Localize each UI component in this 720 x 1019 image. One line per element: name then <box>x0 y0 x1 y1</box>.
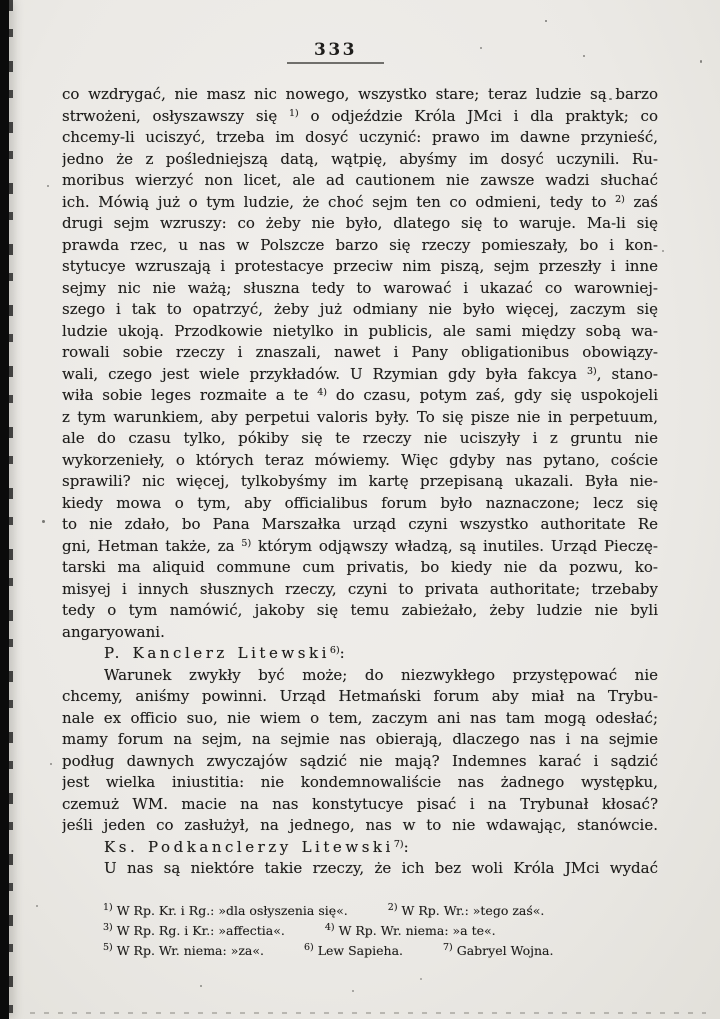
scan-bottom-edge <box>30 1012 706 1014</box>
scan-speck <box>583 55 585 57</box>
footnote-entry: 3) W Rp. Rg. i Kr.: »affectia«. <box>103 921 285 941</box>
paragraph-1-line-10: sejmy nic nie ważą; słuszna tedy to waro… <box>62 278 658 300</box>
paragraph-1-line-2: strwożeni, osłyszawszy się 1) o odjeździ… <box>62 106 658 128</box>
footnote-entry: 6) Lew Sapieha. <box>304 941 403 961</box>
paragraph-2-line-2: chcemy, aniśmy powinni. Urząd Hetmański … <box>62 686 658 708</box>
footnote-entry: 2) W Rp. Wr.: »tego zaś«. <box>388 901 545 921</box>
scan-speck <box>641 150 643 152</box>
scan-speck <box>50 763 52 765</box>
paragraph-1-line-24: misyej i innych słusznych rzeczy, czyni … <box>62 579 658 601</box>
paragraph-3-line-1: U nas są niektóre takie rzeczy, że ich b… <box>62 858 658 880</box>
text-flow: co wzdrygać, nie masz nic nowego, wszyst… <box>62 84 658 880</box>
paragraph-1-line-7: drugi sejm wzruszy: co żeby nie było, dl… <box>62 213 658 235</box>
paragraph-1-line-1: co wzdrygać, nie masz nic nowego, wszyst… <box>62 84 658 106</box>
paragraph-2-line-1: Warunek zwykły być może; do niezwykłego … <box>62 665 658 687</box>
paragraph-1-line-12: ludzie ukoją. Przodkowie nietylko in pub… <box>62 321 658 343</box>
scan-speck <box>47 185 49 187</box>
footnote-entry: 4) W Rp. Wr. niema: »a te«. <box>325 921 496 941</box>
scan-speck <box>200 985 202 987</box>
footnote-entry: 1) W Rp. Kr. i Rg.: »dla osłyszenia się«… <box>103 901 348 921</box>
page-number-rule <box>287 62 384 64</box>
paragraph-2-line-5: podług dawnych zwyczajów sądzić nie mają… <box>62 751 658 773</box>
paragraph-1-line-13: rowali sobie rzeczy i znaszali, nawet i … <box>62 342 658 364</box>
paragraph-1-line-15: wiła sobie leges rozmaite a te 4) do cza… <box>62 385 658 407</box>
paragraph-1-line-25: tedy o tym namówić, jakoby się temu zabi… <box>62 600 658 622</box>
paragraph-1-line-11: szego i tak to opatrzyć, żeby już odmian… <box>62 299 658 321</box>
scan-speck <box>420 978 422 980</box>
paragraph-1-line-21: to nie zdało, bo Pana Marszałka urząd cz… <box>62 514 658 536</box>
scan-speck <box>545 20 547 22</box>
paragraph-1-line-18: wykorzenieły, o których teraz mówiemy. W… <box>62 450 658 472</box>
paragraph-1-line-20: kiedy mowa o tym, aby officialibus forum… <box>62 493 658 515</box>
paragraph-1-line-16: z tym warunkiem, aby perpetui valoris by… <box>62 407 658 429</box>
paragraph-1-line-8: prawda rzec, u nas w Polszcze barzo się … <box>62 235 658 257</box>
paragraph-2-line-3: nale ex officio suo, nie wiem o tem, zac… <box>62 708 658 730</box>
paragraph-1-line-9: stytucye wzruszają i protestacye przeciw… <box>62 256 658 278</box>
paragraph-1-line-5: moribus wierzyć non licet, ale ad cautio… <box>62 170 658 192</box>
paragraph-1-line-26: angaryowani. <box>62 622 658 644</box>
scan-gutter-edge <box>0 0 9 1019</box>
footnote-line-2: 3) W Rp. Rg. i Kr.: »affectia«.4) W Rp. … <box>103 921 625 941</box>
scan-speck <box>700 60 702 63</box>
scanned-book-page: 333 co wzdrygać, nie masz nic nowego, ws… <box>0 0 720 1019</box>
scan-speck <box>352 990 354 992</box>
paragraph-1-line-23: tarski ma aliquid commune cum privatis, … <box>62 557 658 579</box>
paragraph-1-line-19: sprawili? nic więcej, tylkobyśmy im kart… <box>62 471 658 493</box>
speaker-1-line-1: P. Kanclerz Litewski6): <box>62 643 658 665</box>
footnote-entry: 5) W Rp. Wr. niema: »za«. <box>103 941 264 961</box>
scan-speck <box>572 92 574 94</box>
paragraph-1-line-4: jedno że z pośledniejszą datą, wątpię, a… <box>62 149 658 171</box>
paragraph-1-line-17: ale do czasu tylko, pókiby się te rzeczy… <box>62 428 658 450</box>
paragraph-1-line-22: gni, Hetman także, za 5) którym odjąwszy… <box>62 536 658 558</box>
page-number: 333 <box>287 40 384 60</box>
scan-speck <box>480 47 482 49</box>
paragraph-1-line-3: chcemy-li uciszyć, trzeba im dosyć uczyn… <box>62 127 658 149</box>
paragraph-2-line-6: jest wielka iniustitia: nie kondemnowali… <box>62 772 658 794</box>
paragraph-1-line-14: wali, czego jest wiele przykładów. U Rzy… <box>62 364 658 386</box>
scan-speck <box>93 456 95 458</box>
paragraph-1-line-6: ich. Mówią już o tym ludzie, że choć sej… <box>62 192 658 214</box>
speaker-2-line-1: Ks. Podkanclerzy Litewski7): <box>62 837 658 859</box>
footnote-line-3: 5) W Rp. Wr. niema: »za«.6) Lew Sapieha.… <box>103 941 625 961</box>
paragraph-2-line-4: mamy forum na sejm, na sejmie nas obiera… <box>62 729 658 751</box>
scan-speck <box>36 905 38 907</box>
footnotes: 1) W Rp. Kr. i Rg.: »dla osłyszenia się«… <box>103 901 625 961</box>
scan-speck <box>662 250 664 252</box>
scan-speck <box>609 98 612 100</box>
footnote-entry: 7) Gabryel Wojna. <box>443 941 553 961</box>
paragraph-2-line-8: jeśli jeden co zasłużył, na jednego, nas… <box>62 815 658 837</box>
scan-speck <box>42 520 45 523</box>
page-header: 333 <box>287 40 384 64</box>
paragraph-2-line-7: czemuż WM. macie na nas konstytucye pisa… <box>62 794 658 816</box>
footnote-line-1: 1) W Rp. Kr. i Rg.: »dla osłyszenia się«… <box>103 901 625 921</box>
